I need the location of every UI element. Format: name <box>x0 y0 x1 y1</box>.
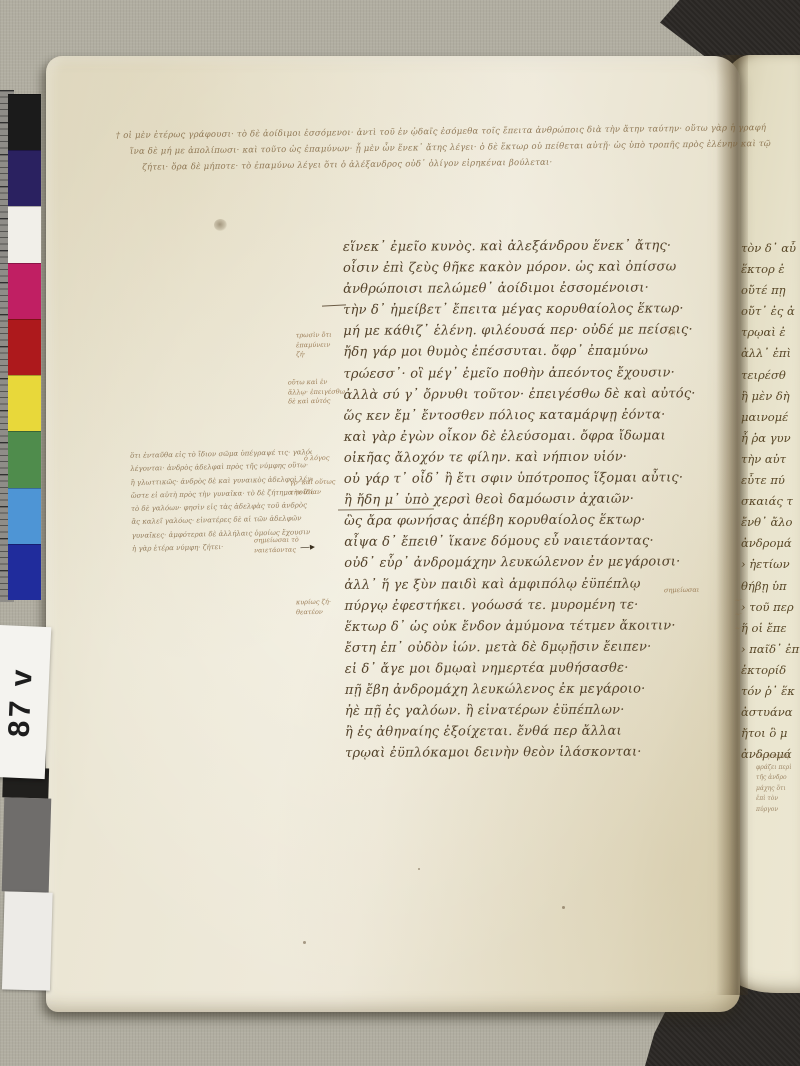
manuscript-photo: { "photo": { "background_color": "#b1aea… <box>0 0 800 1066</box>
color-patch <box>8 94 41 150</box>
recto-verse-fragment: οὔτέ πῃ <box>741 280 800 301</box>
verse-line: ὣς ἄρα φωνήσας ἀπέβη κορυθαίολος ἕκτωρ· <box>344 509 740 532</box>
margin-gloss: κυρίως ζή· θεατέον <box>296 598 331 618</box>
recto-verse-fragment: τόν ῥ᾽ ἕκ <box>741 681 800 702</box>
color-patch <box>8 544 41 600</box>
verse-line: τὴν δ᾽ ἠμείβετ᾽ ἔπειτα μέγας κορυθαίολος… <box>343 298 739 321</box>
verse-line: ὥς κεν ἔμ᾽ ἔντοσθεν πόλιος καταμάρψῃ ἐόν… <box>344 404 740 427</box>
margin-gloss: γρ· καὶ οὕτως τὴν ἰδίαν <box>290 478 336 498</box>
recto-verse-fragment: ἣ μὲν δὴ <box>741 386 800 407</box>
recto-verse-fragment: τρῳαὶ ἐ <box>741 322 800 343</box>
verse-line: αἶψα δ᾽ ἔπειθ᾽ ἵκανε δόμους εὖ ναιετάοντ… <box>344 530 740 553</box>
recto-verse-fragment: › παῖδ᾽ ἐπ <box>741 639 800 660</box>
verse-line: πύργῳ ἐφεστήκει. γοόωσά τε. μυρομένη τε· <box>344 594 740 617</box>
ink-speck <box>418 868 420 870</box>
ink-smudge <box>214 219 227 231</box>
recto-verse-fragment: οὔτ᾽ ἐς ἀ <box>741 301 800 322</box>
color-patch <box>8 263 41 319</box>
verse-line: ἢ ἤδη μ᾽ ὑπὸ χερσὶ θεοὶ δαμόωσιν ἀχαιῶν· <box>344 488 740 511</box>
verse-line: εἵνεκ᾽ ἐμεῖο κυνὸς. καὶ ἀλεξάνδρου ἕνεκ᾽… <box>343 235 739 258</box>
verse-line: πῇ ἔβη ἀνδρομάχη λευκώλενος ἐκ μεγάροιο· <box>345 678 741 701</box>
recto-verse-fragment: ἥ οἱ ἔπε <box>741 618 800 639</box>
verse-line: εἰ δ᾽ ἄγε μοι δμῳαὶ νημερτέα μυθήσασθε· <box>345 657 741 680</box>
verse-line: ἕκτωρ δ᾽ ὡς οὐκ ἔνδον ἀμύμονα τέτμεν ἄκο… <box>345 615 741 638</box>
folio-number-label: 87 v <box>0 625 51 779</box>
recto-verse-fragment: › ἠετίων <box>741 554 800 575</box>
verse-line: οὐδ᾽ εὗρ᾽ ἀνδρομάχην λευκώλενον ἐν μεγάρ… <box>344 552 740 575</box>
color-patch <box>8 488 41 544</box>
recto-verse-fragment: τὸν δ᾽ αὖ <box>741 238 800 259</box>
verse-line: ἢ ἐς ἀθηναίης ἐξοίχεται. ἔνθά περ ἄλλαι <box>345 720 741 743</box>
color-patch <box>8 375 41 431</box>
recto-verse-fragment: μαινομέ <box>741 407 800 428</box>
verse-line: οὐ γάρ τ᾽ οἶδ᾽ ἢ ἔτι σφιν ὑπότροπος ἵξομ… <box>344 467 740 490</box>
folio-number-text: 87 v <box>2 666 39 738</box>
top-scholia-block: † οἱ μὲν ἑτέρως γράφουσι· τὸ δὲ ἀοίδιμοι… <box>116 120 773 176</box>
margin-gloss: τρωσὶν ὅτι ἐπαμύνειν ζή· <box>296 331 332 360</box>
grayscale-target <box>0 765 59 994</box>
verse-line: ἀλλὰ σύ γ᾽ ὄρνυθι τοῦτον· ἐπειγέσθω δὲ κ… <box>343 383 739 406</box>
recto-verse-fragment: ἀνδρομά <box>741 533 800 554</box>
color-patch <box>8 206 41 262</box>
recto-verse-fragment: θήβῃ ὑπ <box>741 576 800 597</box>
recto-verse-fragment: ἕκτορ ἐ <box>741 259 800 280</box>
margin-gloss: σημείωσαι τὸ ναιετάοντας <box>254 536 299 556</box>
verse-line: οἷσιν ἐπὶ ζεὺς θῆκε κακὸν μόρον. ὡς καὶ … <box>343 256 739 279</box>
margin-gloss: ζή <box>668 328 676 338</box>
recto-margin-marks: ∼· ∼· ∼· <box>735 594 742 636</box>
color-patch <box>8 431 41 487</box>
grayscale-gray-patch <box>2 797 52 892</box>
recto-verse-fragment: › τοῦ περ <box>741 597 800 618</box>
verse-line: τρώεσσ᾽· οἳ μέγ᾽ ἐμεῖο ποθὴν ἀπεόντος ἔχ… <box>343 362 739 385</box>
ink-speck <box>562 906 565 909</box>
verse-line: μή με κάθιζ᾽ ἑλένη. φιλέουσά περ· οὐδέ μ… <box>343 320 739 343</box>
recto-verse-fragment: ἔνθ᾽ ἄλο <box>741 512 800 533</box>
margin-gloss: σημείωσαι <box>664 586 699 596</box>
verse-line: οἰκῆας ἄλοχόν τε φίλην. καὶ νήπιον υἱόν· <box>344 446 740 469</box>
recto-verse-fragment: ἀστυάνα <box>741 702 800 723</box>
main-text-block: εἵνεκ᾽ ἐμεῖο κυνὸς. καὶ ἀλεξάνδρου ἕνεκ᾽… <box>343 235 741 764</box>
color-calibration-bar <box>8 94 41 600</box>
recto-verse-fragment: ἦ ῥα γυν <box>741 428 800 449</box>
verse-line: τρῳαὶ ἐϋπλόκαμοι δεινὴν θεὸν ἱλάσκονται· <box>345 741 741 764</box>
margin-gloss: οὕτω καὶ ἐν ἄλλῳ· ἐπειγέσθω δὲ καὶ αὐτός <box>288 378 345 408</box>
recto-faint-scholia: ὡς ἡ ταμίη φράζει περὶ τῆς ἀνδρο μάχης ὅ… <box>756 752 800 815</box>
color-patch <box>8 319 41 375</box>
grayscale-white-patch <box>2 891 53 990</box>
recto-verse-fragment: ἤτοι ὃ μ <box>741 723 800 744</box>
verse-line: ἔστη ἐπ᾽ οὐδὸν ἰών. μετὰ δὲ δμῳῇσιν ἔειπ… <box>345 636 741 659</box>
recto-verse-fragment: σκαιάς τ <box>741 491 800 512</box>
recto-verse-fragment: εὖτε πύ <box>741 470 800 491</box>
verse-line: ἀνθρώποισι πελώμεθ᾽ ἀοίδιμοι ἐσσομένοισι… <box>343 277 739 300</box>
recto-verse-fragment: τὴν αὐτ <box>741 449 800 470</box>
margin-arrow-mark: —▸ <box>300 541 316 553</box>
recto-verse-fragment: τειρέσθ <box>741 365 800 386</box>
ink-speck <box>303 941 306 944</box>
verse-line: ἠὲ πῇ ἐς γαλόων. ἢ εἰνατέρων ἐϋπέπλων· <box>345 699 741 722</box>
recto-verse-fragment: ἑκτορίδ <box>741 660 800 681</box>
recto-verse-fragment: ἀλλ᾽ ἐπὶ <box>741 343 800 364</box>
verse-line: καὶ γὰρ ἐγὼν οἶκον δὲ ἐλεύσομαι. ὄφρα ἴδ… <box>344 425 740 448</box>
recto-line-fragments: τὸν δ᾽ αὖἕκτορ ἐοὔτέ πῃοὔτ᾽ ἐς ἀτρῳαὶ ἐἀ… <box>741 238 800 770</box>
margin-gloss: ὁ λόγος <box>304 454 330 464</box>
color-patch <box>8 150 41 206</box>
verse-line: ἤδη γάρ μοι θυμὸς ἐπέσσυται. ὄφρ᾽ ἐπαμύν… <box>343 341 739 364</box>
